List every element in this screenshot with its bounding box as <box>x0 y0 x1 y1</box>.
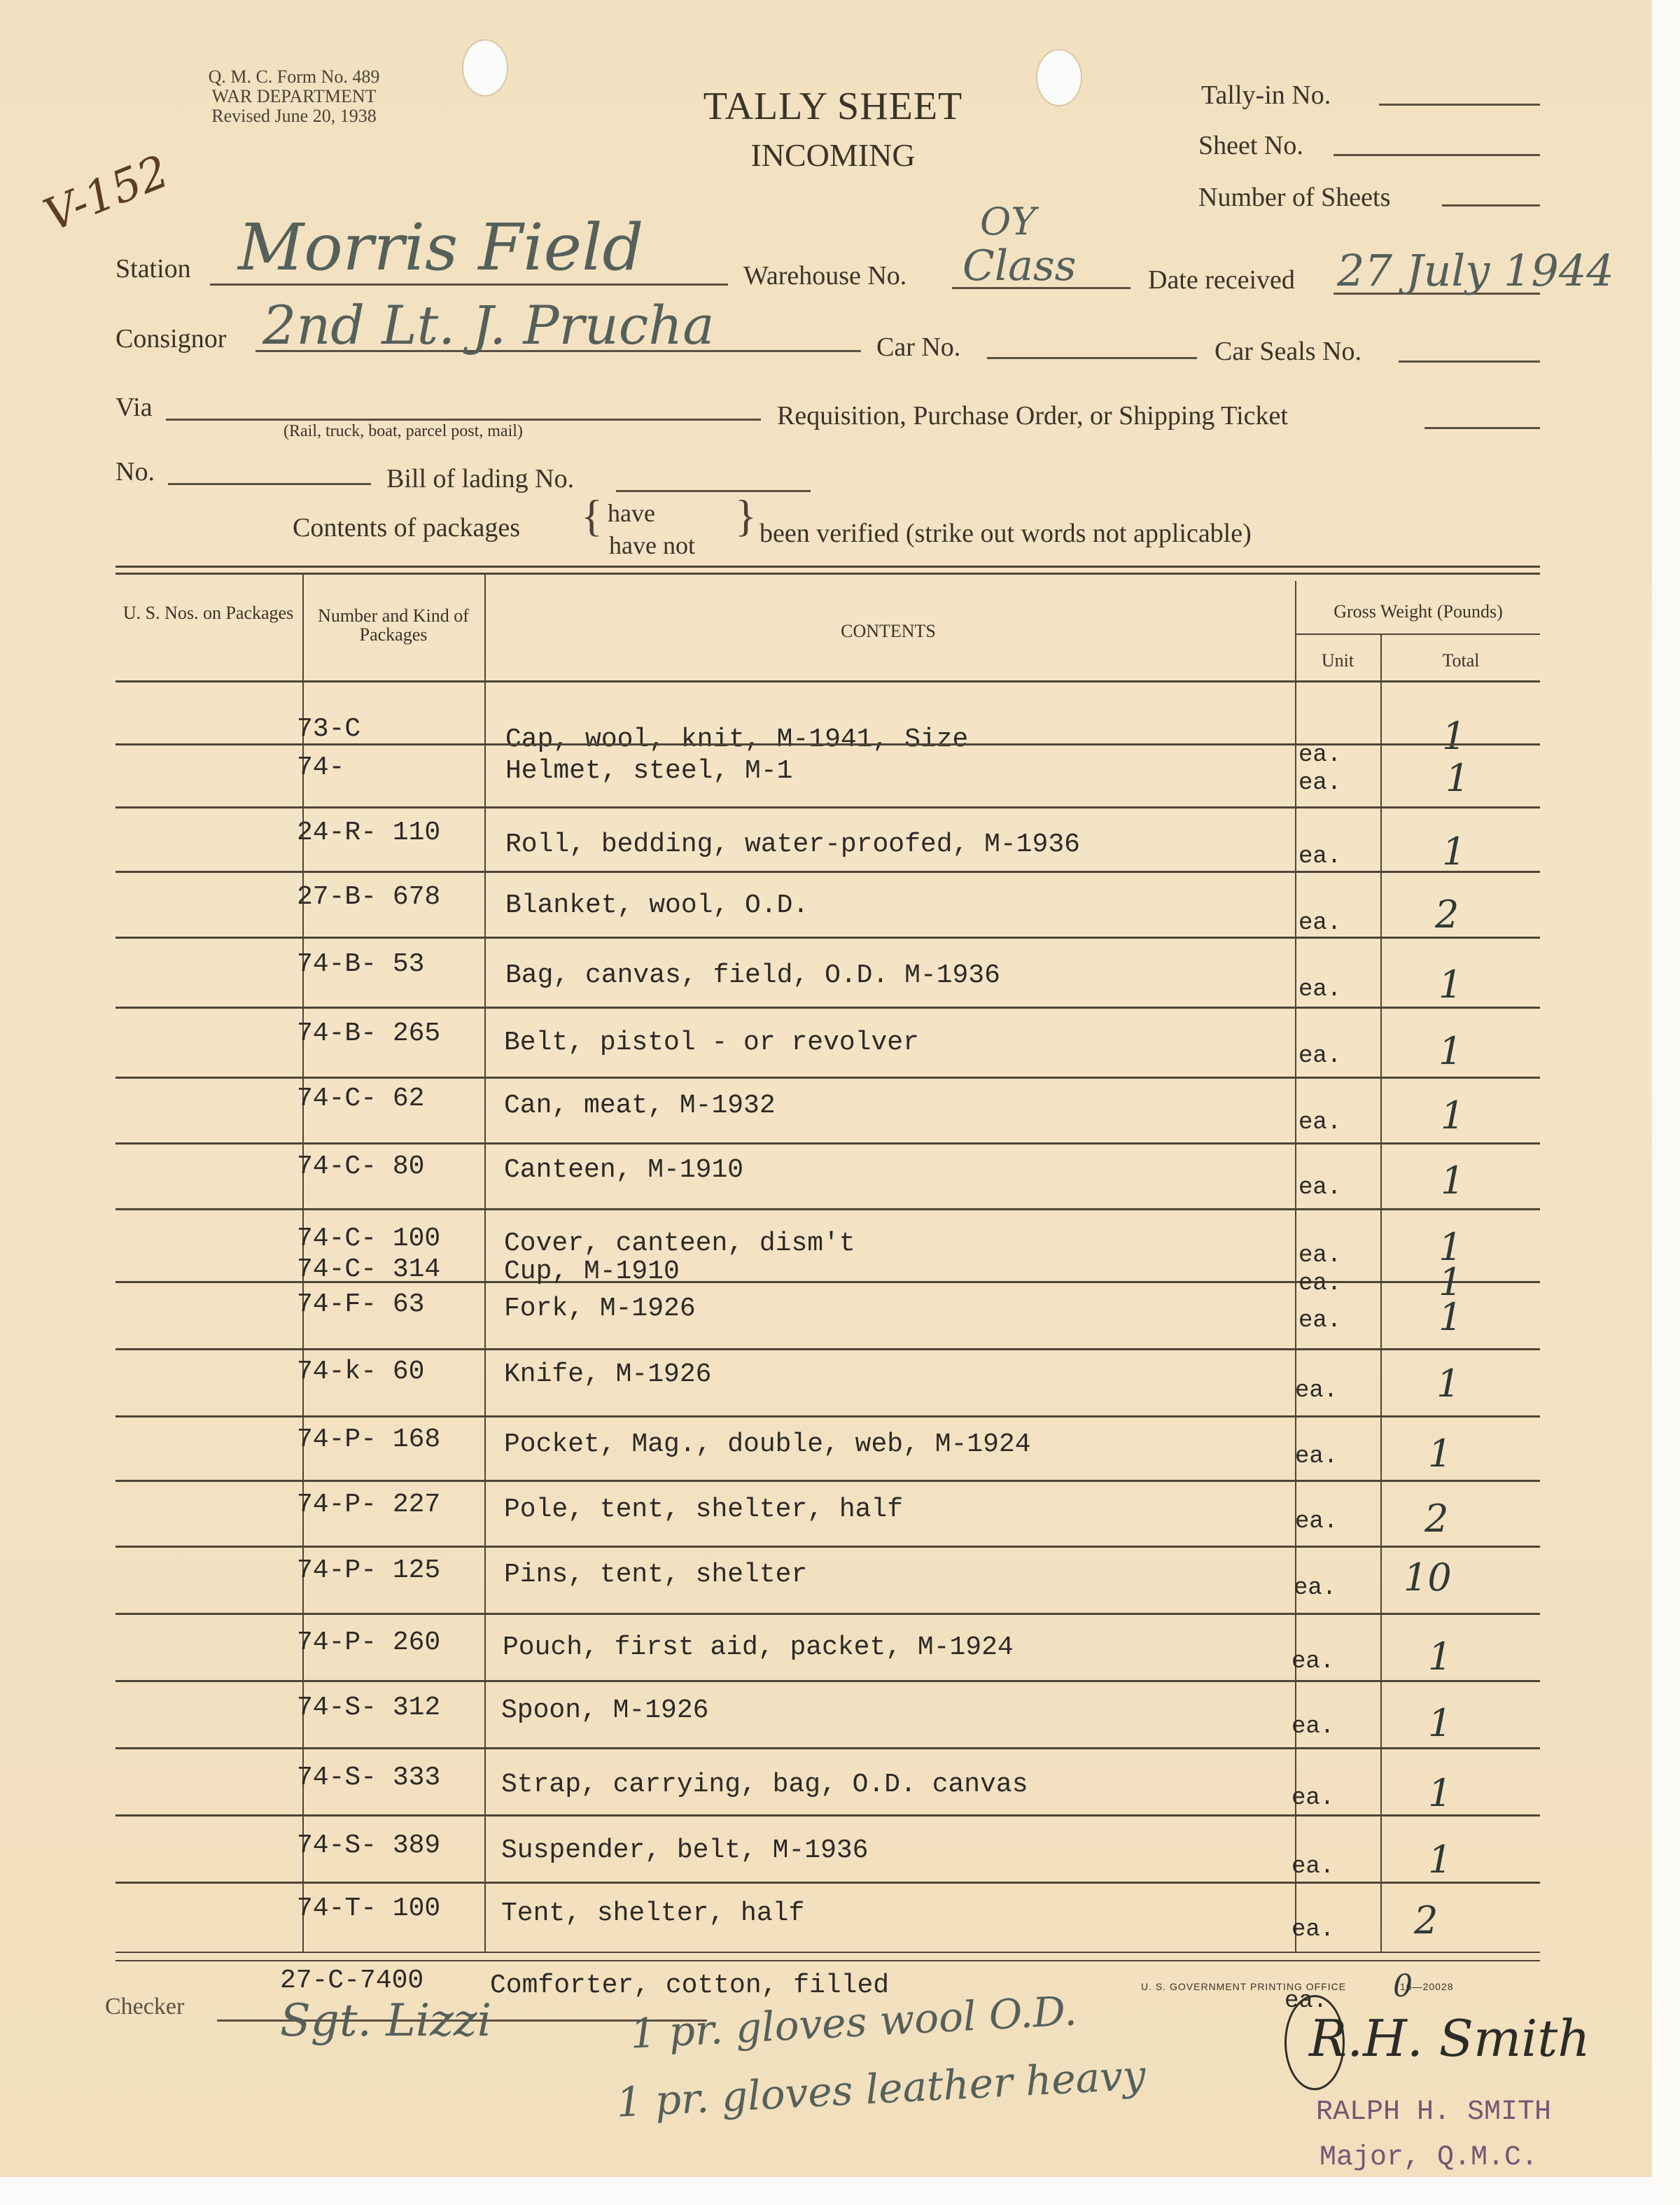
total-cell: 1 <box>1442 714 1466 758</box>
printer-code: 16—20028 <box>1400 1981 1454 1992</box>
form-identifier: Q. M. C. Form No. 489 WAR DEPARTMENT Rev… <box>175 67 413 126</box>
unit-cell: ea. <box>1298 1308 1341 1334</box>
requisition-label: Requisition, Purchase Order, or Shipping… <box>777 400 1288 431</box>
stock-number: 74-C- 100 <box>297 1224 440 1254</box>
total-cell: 1 <box>1441 1093 1464 1137</box>
unit-cell: ea. <box>1295 1508 1338 1535</box>
contents-cell: Comforter, cotton, filled <box>490 1970 889 2001</box>
row-rule <box>115 1814 1540 1816</box>
car-seals-no-label: Car Seals No. <box>1214 336 1361 367</box>
row-rule <box>115 1882 1540 1884</box>
contents-cell: Blanket, wool, O.D. <box>505 890 808 920</box>
stock-number: 73-C <box>297 714 360 744</box>
total-cell: 1 <box>1436 1361 1460 1406</box>
stock-number: 74-S- 389 <box>297 1830 440 1861</box>
row-rule <box>115 1747 1540 1749</box>
total-cell: 1 <box>1428 1837 1452 1882</box>
unit-cell: ea. <box>1294 1575 1336 1602</box>
contents-cell: Can, meat, M-1932 <box>504 1091 776 1121</box>
contents-cell: Pouch, first aid, packet, M-1924 <box>503 1632 1014 1662</box>
stock-number: 74- <box>297 752 344 783</box>
unit-cell: ea. <box>1291 1714 1334 1740</box>
total-cell: 2 <box>1414 1898 1438 1942</box>
total-cell: 2 <box>1435 892 1459 937</box>
scan-right-margin <box>1652 0 1680 2205</box>
unit-cell: ea. <box>1298 1109 1341 1136</box>
contents-cell: Roll, bedding, water-proofed, M-1936 <box>505 829 1080 860</box>
checker-label: Checker <box>105 1994 184 2020</box>
unit-cell: ea. <box>1298 770 1341 797</box>
date-received-label: Date received <box>1148 265 1295 295</box>
total-cell: 1 <box>1442 829 1466 874</box>
unit-cell: ea. <box>1298 1043 1341 1070</box>
stock-number: 74-P- 227 <box>297 1490 440 1520</box>
contents-cell: Pins, tent, shelter <box>504 1560 807 1590</box>
bill-of-lading-field[interactable] <box>616 490 811 492</box>
page-subtitle: INCOMING <box>630 136 1036 174</box>
total-cell: 1 <box>1438 1029 1462 1073</box>
total-cell: 1 <box>1428 1634 1452 1679</box>
total-cell: 1 <box>1438 962 1462 1007</box>
header-total: Total <box>1382 651 1540 670</box>
sheet-no-label: Sheet No. <box>1198 130 1303 161</box>
stock-number: 24-R- 110 <box>297 818 440 848</box>
number-of-sheets-field[interactable] <box>1442 204 1540 206</box>
unit-cell: ea. <box>1291 1648 1334 1675</box>
contents-cell: Suspender, belt, M-1936 <box>501 1835 869 1865</box>
contents-cell: Fork, M-1926 <box>504 1294 696 1324</box>
unit-cell: ea. <box>1298 742 1341 769</box>
warehouse-no-label: Warehouse No. <box>743 260 906 291</box>
stock-number: 27-B- 678 <box>297 882 440 912</box>
contents-cell: Pole, tent, shelter, half <box>504 1494 903 1525</box>
consignor-label: Consignor <box>115 323 226 354</box>
stamp-name: RALPH H. SMITH <box>1316 2096 1551 2128</box>
contents-cell: Cover, canteen, dism't <box>504 1228 855 1259</box>
row-rule <box>115 871 1540 873</box>
car-no-field[interactable] <box>987 357 1197 359</box>
revised-date: Revised June 20, 1938 <box>175 106 413 126</box>
contents-cell: Tent, shelter, half <box>501 1898 804 1928</box>
punch-hole-right <box>1036 49 1082 106</box>
unit-cell: ea. <box>1298 1270 1341 1297</box>
printer-imprint: U. S. GOVERNMENT PRINTING OFFICE <box>1141 1981 1346 1992</box>
no-field[interactable] <box>168 483 371 485</box>
row-rule <box>115 1546 1540 1548</box>
signature: R.H. Smith <box>1309 2009 1590 2068</box>
total-cell: 1 <box>1428 1701 1452 1745</box>
row-rule <box>115 1077 1540 1079</box>
header-bottom-rule <box>115 680 1540 682</box>
unit-cell: ea. <box>1298 910 1341 937</box>
punch-hole-left <box>462 39 508 97</box>
stamp-title: Major, Q.M.C. <box>1319 2142 1538 2173</box>
contents-cell: Strap, carrying, bag, O.D. canvas <box>501 1770 1028 1800</box>
header-contents: CONTENTS <box>486 622 1291 640</box>
total-cell: 2 <box>1424 1497 1448 1541</box>
total-cell: 1 <box>1441 1158 1464 1203</box>
checker-value: Sgt. Lizzi <box>280 1995 491 2047</box>
total-cell: 1 <box>1438 1295 1462 1339</box>
warehouse-no-annotation: OY <box>980 199 1036 244</box>
car-no-label: Car No. <box>876 332 960 363</box>
verification-option-have[interactable]: have <box>608 498 655 528</box>
stock-number: 74-k- 60 <box>297 1357 424 1387</box>
total-cell: 1 <box>1428 1771 1452 1815</box>
stock-number: 74-C- 62 <box>297 1084 424 1114</box>
via-field[interactable] <box>166 419 761 421</box>
scan-bottom-margin <box>0 2177 1680 2205</box>
gross-weight-subrule <box>1295 633 1540 635</box>
contents-cell: Canteen, M-1910 <box>504 1155 743 1185</box>
station-value: Morris Field <box>238 210 643 285</box>
contents-cell: Helmet, steel, M-1 <box>505 756 792 786</box>
unit-cell: ea. <box>1295 1443 1338 1470</box>
table-top-rule-1 <box>115 566 1540 568</box>
verification-prefix: Contents of packages <box>293 512 520 543</box>
contents-cell: Cap, wool, knit, M-1941, Size <box>505 724 968 755</box>
department: WAR DEPARTMENT <box>175 87 413 106</box>
header-number-kind: Number and Kind of Packages <box>304 606 483 644</box>
row-rule <box>115 1007 1540 1009</box>
consignor-value: 2nd Lt. J. Prucha <box>262 294 715 356</box>
table-bottom-rule-1 <box>115 1952 1540 1953</box>
contents-cell: Belt, pistol - or revolver <box>504 1028 919 1058</box>
stock-number: 74-C- 80 <box>297 1151 424 1182</box>
total-cell: 1 <box>1445 756 1469 800</box>
bill-of-lading-label: Bill of lading No. <box>386 463 574 494</box>
page-title: TALLY SHEET <box>630 84 1036 129</box>
row-rule <box>115 1480 1540 1482</box>
verification-suffix: been verified (strike out words not appl… <box>759 518 1252 549</box>
header-unit: Unit <box>1296 651 1379 670</box>
total-cell: 10 <box>1403 1555 1452 1599</box>
unit-cell: ea. <box>1295 1378 1338 1404</box>
sheet-no-field[interactable] <box>1333 154 1540 156</box>
row-rule <box>115 1142 1540 1144</box>
unit-cell: ea. <box>1298 1175 1341 1201</box>
stock-number: 74-P- 260 <box>297 1627 440 1658</box>
unit-cell: ea. <box>1291 1854 1334 1880</box>
warehouse-no-value: Class <box>962 241 1076 290</box>
unit-cell: ea. <box>1298 843 1341 870</box>
contents-cell: Spoon, M-1926 <box>501 1695 708 1725</box>
contents-cell: Knife, M-1926 <box>504 1359 711 1389</box>
row-rule <box>115 1680 1540 1682</box>
stock-number: 74-S- 312 <box>297 1693 440 1723</box>
column-divider-2 <box>484 573 486 1952</box>
stock-number: 74-T- 100 <box>297 1893 440 1924</box>
table-bottom-rule-2 <box>115 1960 1540 1961</box>
number-of-sheets-label: Number of Sheets <box>1198 182 1390 213</box>
station-label: Station <box>115 253 191 284</box>
header-gross-weight: Gross Weight (Pounds) <box>1296 602 1540 621</box>
column-divider-4 <box>1380 633 1382 1953</box>
row-rule <box>115 1613 1540 1615</box>
stock-number: 74-S- 333 <box>297 1763 440 1793</box>
date-received-value: 27 July 1944 <box>1337 245 1614 296</box>
stock-number: 74-B- 265 <box>297 1018 440 1049</box>
table-top-rule-2 <box>115 573 1540 575</box>
via-label: Via <box>115 392 153 423</box>
strike-through-line <box>115 743 1540 745</box>
row-rule <box>115 1415 1540 1417</box>
stock-number: 74-C- 314 <box>297 1254 440 1284</box>
row-rule <box>115 937 1540 939</box>
unit-cell: ea. <box>1291 1785 1334 1812</box>
tally-in-no-field[interactable] <box>1379 104 1540 106</box>
via-hint: (Rail, truck, boat, parcel post, mail) <box>283 422 523 441</box>
unit-cell: ea. <box>1298 976 1341 1003</box>
row-rule <box>115 1348 1540 1350</box>
form-number: Q. M. C. Form No. 489 <box>175 67 413 87</box>
header-us-nos: U. S. Nos. on Packages <box>119 603 297 622</box>
contents-cell: Bag, canvas, field, O.D. M-1936 <box>505 960 1000 990</box>
stock-number: 74-P- 168 <box>297 1424 440 1455</box>
contents-cell: Pocket, Mag., double, web, M-1924 <box>504 1429 1031 1459</box>
contents-cell: Cup, M-1910 <box>504 1256 680 1287</box>
brace-right: } <box>735 493 757 538</box>
stock-number: 74-B- 53 <box>297 949 424 979</box>
tally-in-no-label: Tally-in No. <box>1201 80 1331 111</box>
row-rule <box>115 1208 1540 1210</box>
unit-cell: ea. <box>1298 1242 1341 1269</box>
stock-number: 27-C-7400 <box>280 1966 423 1996</box>
row-rule <box>115 806 1540 808</box>
car-seals-no-field[interactable] <box>1399 360 1540 363</box>
total-cell: 1 <box>1428 1431 1452 1476</box>
stock-number: 74-P- 125 <box>297 1555 440 1585</box>
verification-option-have-not[interactable]: have not <box>609 531 695 560</box>
stock-number: 74-F- 63 <box>297 1289 424 1319</box>
brace-left: { <box>581 493 603 538</box>
unit-cell: ea. <box>1291 1917 1334 1943</box>
requisition-field[interactable] <box>1424 427 1540 429</box>
no-label: No. <box>115 456 155 487</box>
